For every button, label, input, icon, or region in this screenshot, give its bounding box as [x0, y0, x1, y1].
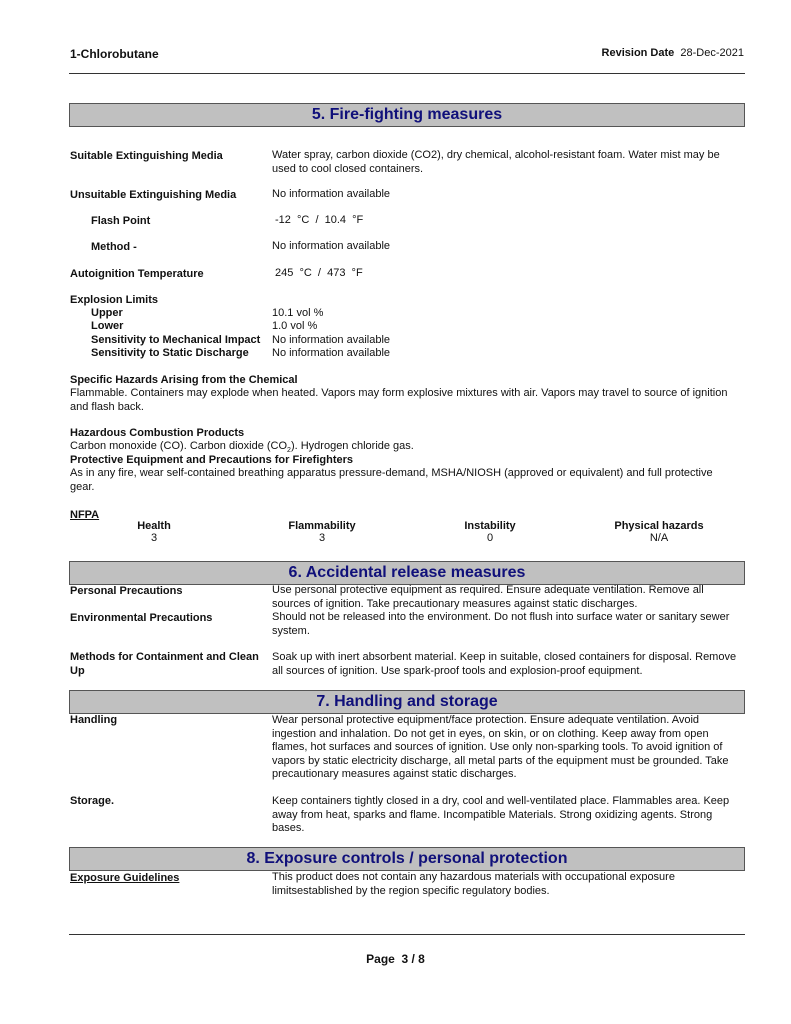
- upper-value: 10.1 vol %: [272, 307, 323, 321]
- nfpa-instability: Instability 0: [415, 520, 565, 544]
- section-6-header: 6. Accidental release measures: [69, 561, 745, 585]
- containment-value: Soak up with inert absorbent material. K…: [272, 651, 742, 678]
- nfpa-instability-heading: Instability: [415, 520, 565, 532]
- method-label: Method -: [91, 241, 137, 253]
- static-discharge-label: Sensitivity to Static Discharge: [91, 347, 249, 359]
- nfpa-flammability-heading: Flammability: [247, 520, 397, 532]
- storage-value: Keep containers tightly closed in a dry,…: [272, 795, 744, 836]
- nfpa-physical-hazards: Physical hazards N/A: [584, 520, 734, 544]
- autoignition-label: Autoignition Temperature: [70, 268, 204, 280]
- specific-hazards-label: Specific Hazards Arising from the Chemic…: [70, 374, 298, 386]
- static-discharge-value: No information available: [272, 347, 390, 361]
- environmental-precautions-value: Should not be released into the environm…: [272, 611, 742, 638]
- nfpa-flammability-value: 3: [247, 532, 397, 544]
- nfpa-physical-hazards-heading: Physical hazards: [584, 520, 734, 532]
- personal-precautions-value: Use personal protective equipment as req…: [272, 584, 742, 611]
- nfpa-health-value: 3: [79, 532, 229, 544]
- lower-value: 1.0 vol %: [272, 320, 317, 334]
- section-5-header: 5. Fire-fighting measures: [69, 103, 745, 127]
- personal-precautions-label: Personal Precautions: [70, 585, 183, 597]
- revision-date-value: 28-Dec-2021: [680, 47, 744, 59]
- containment-label: Methods for Containment and Clean Up: [70, 651, 275, 678]
- revision-date: Revision Date 28-Dec-2021: [602, 47, 744, 59]
- nfpa-health-heading: Health: [79, 520, 229, 532]
- flash-point-label: Flash Point: [91, 215, 150, 227]
- autoignition-value: 245 °C / 473 °F: [275, 267, 363, 281]
- storage-label: Storage.: [70, 795, 114, 807]
- product-name: 1-Chlorobutane: [70, 47, 159, 61]
- suitable-media-label: Suitable Extinguishing Media: [70, 150, 223, 162]
- nfpa-physical-hazards-value: N/A: [584, 532, 734, 544]
- method-value: No information available: [272, 240, 390, 254]
- revision-label: Revision Date: [602, 47, 675, 59]
- exposure-guidelines-value: This product does not contain any hazard…: [272, 871, 722, 898]
- handling-label: Handling: [70, 714, 117, 726]
- section-8-header: 8. Exposure controls / personal protecti…: [69, 847, 745, 871]
- nfpa-instability-value: 0: [415, 532, 565, 544]
- footer-divider: [69, 934, 745, 935]
- explosion-limits-label: Explosion Limits: [70, 294, 158, 306]
- environmental-precautions-label: Environmental Precautions: [70, 612, 212, 624]
- lower-label: Lower: [91, 320, 123, 332]
- upper-label: Upper: [91, 307, 123, 319]
- mech-impact-value: No information available: [272, 334, 390, 348]
- flash-point-value: -12 °C / 10.4 °F: [275, 214, 363, 228]
- combustion-text-post: ). Hydrogen chloride gas.: [291, 440, 414, 452]
- nfpa-health: Health 3: [79, 520, 229, 544]
- protective-equipment-value: As in any fire, wear self-contained brea…: [70, 467, 720, 494]
- combustion-text-pre: Carbon monoxide (CO). Carbon dioxide (CO: [70, 440, 287, 452]
- header-divider: [69, 73, 745, 74]
- protective-equipment-label: Protective Equipment and Precautions for…: [70, 454, 353, 466]
- exposure-guidelines-label: Exposure Guidelines: [70, 872, 179, 884]
- unsuitable-media-value: No information available: [272, 188, 390, 202]
- mech-impact-label: Sensitivity to Mechanical Impact: [91, 334, 260, 346]
- section-7-header: 7. Handling and storage: [69, 690, 745, 714]
- combustion-products-label: Hazardous Combustion Products: [70, 427, 244, 439]
- specific-hazards-value: Flammable. Containers may explode when h…: [70, 387, 740, 414]
- handling-value: Wear personal protective equipment/face …: [272, 714, 744, 782]
- unsuitable-media-label: Unsuitable Extinguishing Media: [70, 189, 236, 201]
- nfpa-flammability: Flammability 3: [247, 520, 397, 544]
- suitable-media-value: Water spray, carbon dioxide (CO2), dry c…: [272, 149, 742, 176]
- page-number: Page 3 / 8: [0, 952, 791, 966]
